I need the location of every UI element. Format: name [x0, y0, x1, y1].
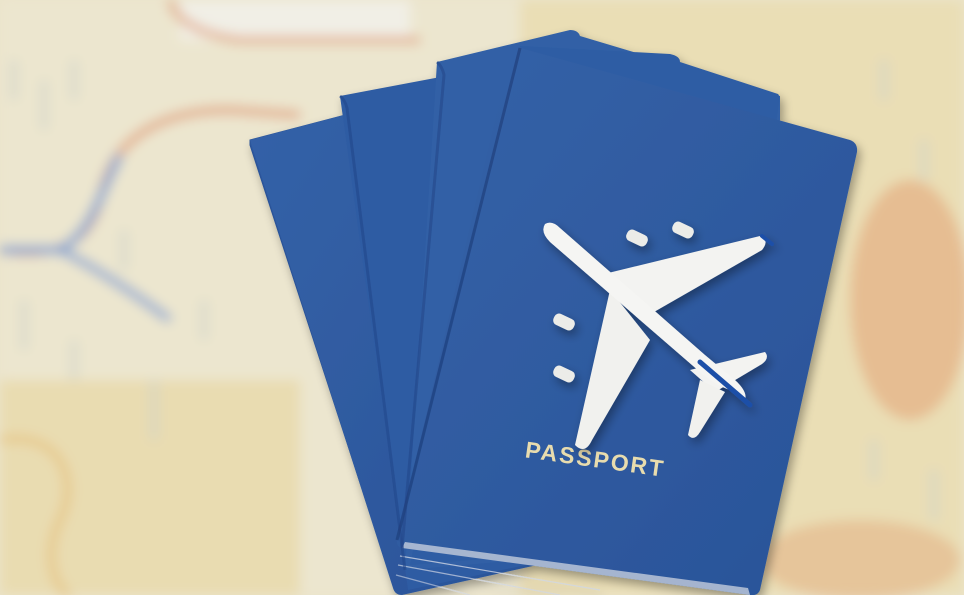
- photo-scene: PASSPORT: [0, 0, 964, 595]
